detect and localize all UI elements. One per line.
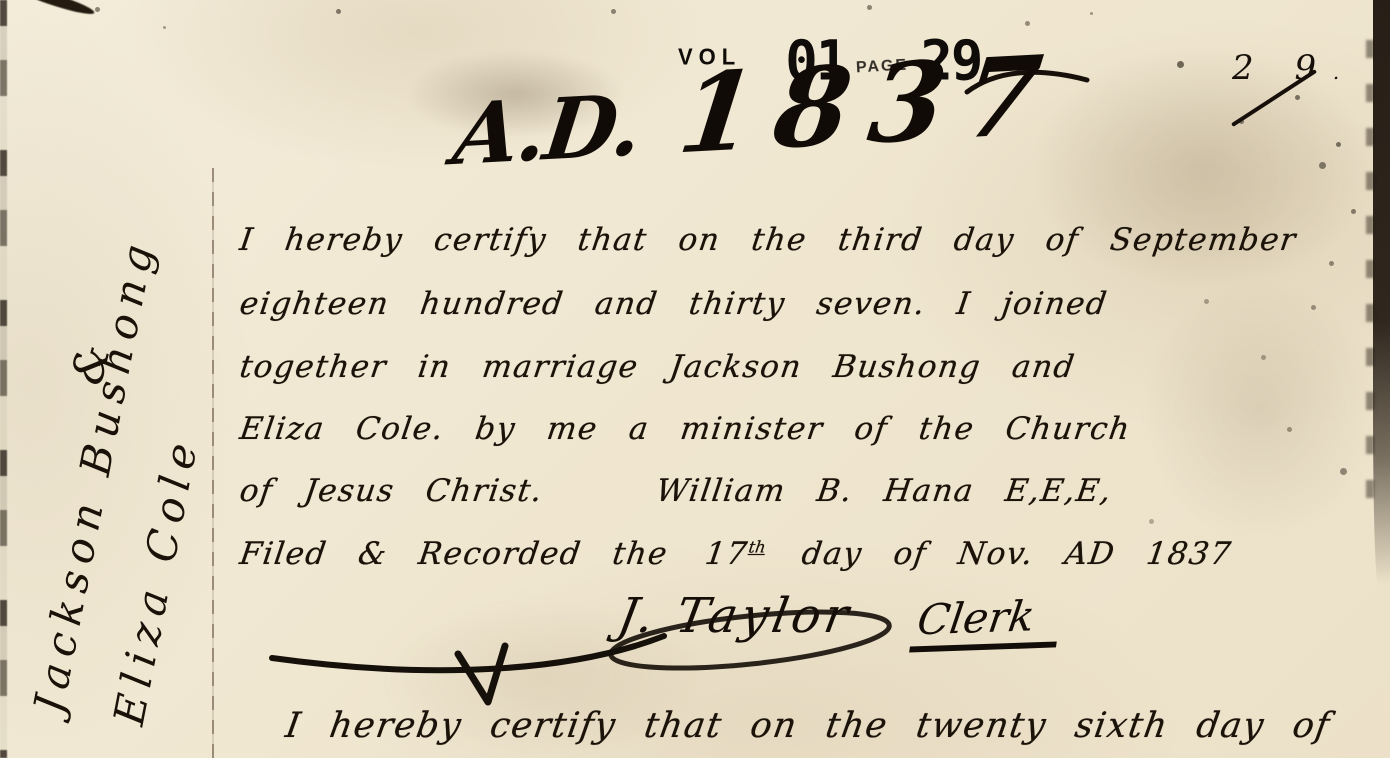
record-line-3: together in marriage Jackson Bushong and bbox=[237, 349, 1077, 385]
record-line-5-officiant: William B. Hana E,E,E, bbox=[654, 473, 1115, 509]
record-day-value: 17 bbox=[703, 536, 751, 572]
bleed-through-smudge bbox=[1140, 280, 1380, 540]
record-line-6: Filed & Recorded the 17th day of Nov. AD… bbox=[237, 536, 1234, 572]
clerk-signature-name: J. Taylor bbox=[614, 588, 857, 644]
record-line-5: of Jesus Christ. William B. Hana E,E,E, bbox=[237, 473, 1114, 509]
record-line-2: eighteen hundred and thirty seven. I joi… bbox=[237, 286, 1110, 322]
record-day-ordinal: th bbox=[747, 538, 767, 557]
right-page-edge bbox=[1373, 0, 1390, 585]
margin-rule bbox=[212, 168, 214, 758]
record-day-number: 17th bbox=[703, 536, 767, 572]
clerk-signature: J. Taylor Clerk bbox=[613, 588, 1066, 650]
document-page: VOL 01 PAGE 29 2 9 . A.D. 1837 Jackson B… bbox=[0, 0, 1390, 758]
record-line-1: I hereby certify that on the third day o… bbox=[237, 222, 1299, 258]
year-heading-prefix: A.D. bbox=[448, 75, 646, 184]
year-heading: A.D. 1837 bbox=[448, 32, 1068, 191]
record-line-6-right: day of Nov. AD 1837 bbox=[800, 536, 1235, 572]
corner-digit: 2 bbox=[1232, 48, 1254, 88]
record-line-4: Eliza Cole. by me a minister of the Chur… bbox=[237, 411, 1133, 447]
margin-bride-name: Eliza Cole bbox=[104, 431, 208, 729]
record-line-5-left: of Jesus Christ. bbox=[237, 473, 545, 509]
next-record-line-1: I hereby certify that on the twenty sixt… bbox=[283, 706, 1333, 746]
corner-page-number: 2 9 . bbox=[1232, 48, 1339, 88]
ink-dot: . bbox=[1333, 60, 1339, 84]
clerk-title: Clerk bbox=[909, 590, 1064, 652]
year-heading-year: 1837 bbox=[672, 32, 1068, 179]
record-line-6-left: Filed & Recorded the bbox=[237, 536, 670, 572]
margin-index-names: Jackson Bushong & Eliza Cole bbox=[0, 0, 220, 758]
